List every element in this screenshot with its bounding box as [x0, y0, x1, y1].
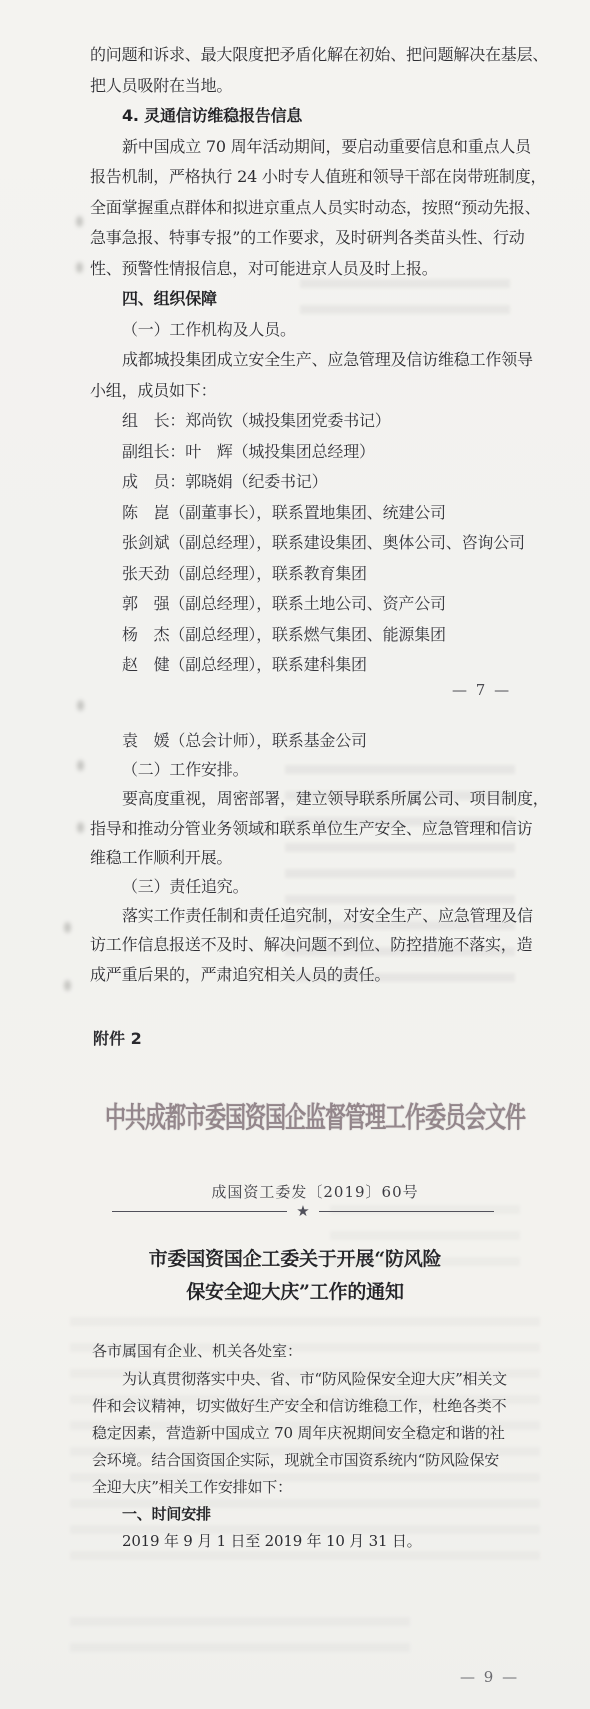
text-line: 的问题和诉求、最大限度把矛盾化解在初始、把问题解决在基层、 [90, 40, 520, 71]
text-line: 全迎大庆”相关工作安排如下： [92, 1474, 516, 1501]
bleed-through-artifact [70, 1600, 410, 1660]
text-line: 报告机制，严格执行 24 小时专人值班和领导干部在岗带班制度， [90, 162, 520, 193]
text-line: 张天劲（副总经理），联系教育集团 [90, 559, 520, 590]
text-line: 保安全迎大庆”工作的通知 [0, 1276, 590, 1309]
text-line: 要高度重视，周密部署，建立领导联系所属公司、项目制度， [90, 784, 520, 813]
notice-body-block: 为认真贯彻落实中央、省、市“防风险保安全迎大庆”相关文件和会议精神，切实做好生产… [92, 1366, 516, 1555]
text-line: 成严重后果的，严肃追究相关人员的责任。 [90, 960, 520, 989]
salutation-line: 各市属国有企业、机关各处室： [92, 1340, 302, 1361]
text-line: 指导和推动分管业务领域和联系单位生产安全、应急管理和信访 [90, 814, 520, 843]
text-line: 为认真贯彻落实中央、省、市“防风险保安全迎大庆”相关文 [92, 1366, 516, 1393]
text-line: 市委国资国企工委关于开展“防风险 [0, 1243, 590, 1276]
red-letterhead-title: 中共成都市委国资国企监督管理工作委员会文件 [60, 1096, 570, 1137]
text-line: （一）工作机构及人员。 [90, 315, 520, 346]
text-line: 陈 崑（副董事长），联系置地集团、统建公司 [90, 498, 520, 529]
text-line: 全面掌握重点群体和拟进京重点人员实时动态，按照“预动先报、 [90, 193, 520, 224]
separator-line-left [112, 1211, 287, 1212]
text-line: （三）责任追究。 [90, 872, 520, 901]
scan-smudge [64, 980, 71, 991]
text-line: 稳定因素，营造新中国成立 70 周年庆祝期间安全稳定和谐的社 [92, 1420, 516, 1447]
text-line: 会环境。结合国资国企实际，现就全市国资系统内“防风险保安 [92, 1447, 516, 1474]
text-line: 急事急报、特事专报”的工作要求，及时研判各类苗头性、行动 [90, 223, 520, 254]
text-line: 把人员吸附在当地。 [90, 71, 520, 102]
text-line: 四、组织保障 [90, 284, 520, 315]
scan-smudge [77, 822, 84, 833]
text-line: 维稳工作顺利开展。 [90, 843, 520, 872]
scan-smudge [76, 262, 83, 273]
text-line: 张剑斌（副总经理），联系建设集团、奥体公司、咨询公司 [90, 528, 520, 559]
star-icon: ★ [296, 1204, 309, 1219]
attachment1-text-block: 的问题和诉求、最大限度把矛盾化解在初始、把问题解决在基层、把人员吸附在当地。4.… [90, 40, 520, 681]
page-number-7: — 7 — [452, 681, 511, 699]
separator-line-right [319, 1211, 494, 1212]
scan-smudge [64, 922, 71, 933]
document-number: 成国资工委发〔2019〕60号 [60, 1181, 570, 1202]
text-line: 2019 年 9 月 1 日至 2019 年 10 月 31 日。 [92, 1528, 516, 1555]
notice-title: 市委国资国企工委关于开展“防风险保安全迎大庆”工作的通知 [0, 1243, 590, 1309]
page-number-9: — 9 — [460, 1668, 519, 1686]
scan-smudge [76, 216, 83, 227]
text-line: 小组，成员如下： [90, 376, 520, 407]
text-line: 件和会议精神，切实做好生产安全和信访维稳工作，杜绝各类不 [92, 1393, 516, 1420]
text-line: 赵 健（副总经理），联系建科集团 [90, 650, 520, 681]
text-line: 一、时间安排 [92, 1501, 516, 1528]
scanned-document: 的问题和诉求、最大限度把矛盾化解在初始、把问题解决在基层、把人员吸附在当地。4.… [0, 0, 590, 1709]
attachment1-continuation-block: 袁 媛（总会计师），联系基金公司（二）工作安排。要高度重视，周密部署，建立领导联… [90, 726, 520, 989]
attachment2-label: 附件 2 [93, 1026, 142, 1049]
text-line: 郭 强（副总经理），联系土地公司、资产公司 [90, 589, 520, 620]
text-line: 副组长：叶 辉（城投集团总经理） [90, 437, 520, 468]
text-line: 杨 杰（副总经理），联系燃气集团、能源集团 [90, 620, 520, 651]
text-line: （二）工作安排。 [90, 755, 520, 784]
text-line: 袁 媛（总会计师），联系基金公司 [90, 726, 520, 755]
text-line: 组 长：郑尚钦（城投集团党委书记） [90, 406, 520, 437]
letterhead-separator: ★ [112, 1202, 494, 1220]
text-line: 4. 灵通信访维稳报告信息 [90, 101, 520, 132]
scan-smudge [77, 760, 84, 771]
scan-smudge [77, 700, 84, 711]
text-line: 新中国成立 70 周年活动期间，要启动重要信息和重点人员 [90, 132, 520, 163]
text-line: 成都城投集团成立安全生产、应急管理及信访维稳工作领导 [90, 345, 520, 376]
text-line: 访工作信息报送不及时、解决问题不到位、防控措施不落实，造 [90, 930, 520, 959]
text-line: 成 员：郭晓娟（纪委书记） [90, 467, 520, 498]
text-line: 性、预警性情报信息，对可能进京人员及时上报。 [90, 254, 520, 285]
text-line: 落实工作责任制和责任追究制，对安全生产、应急管理及信 [90, 901, 520, 930]
